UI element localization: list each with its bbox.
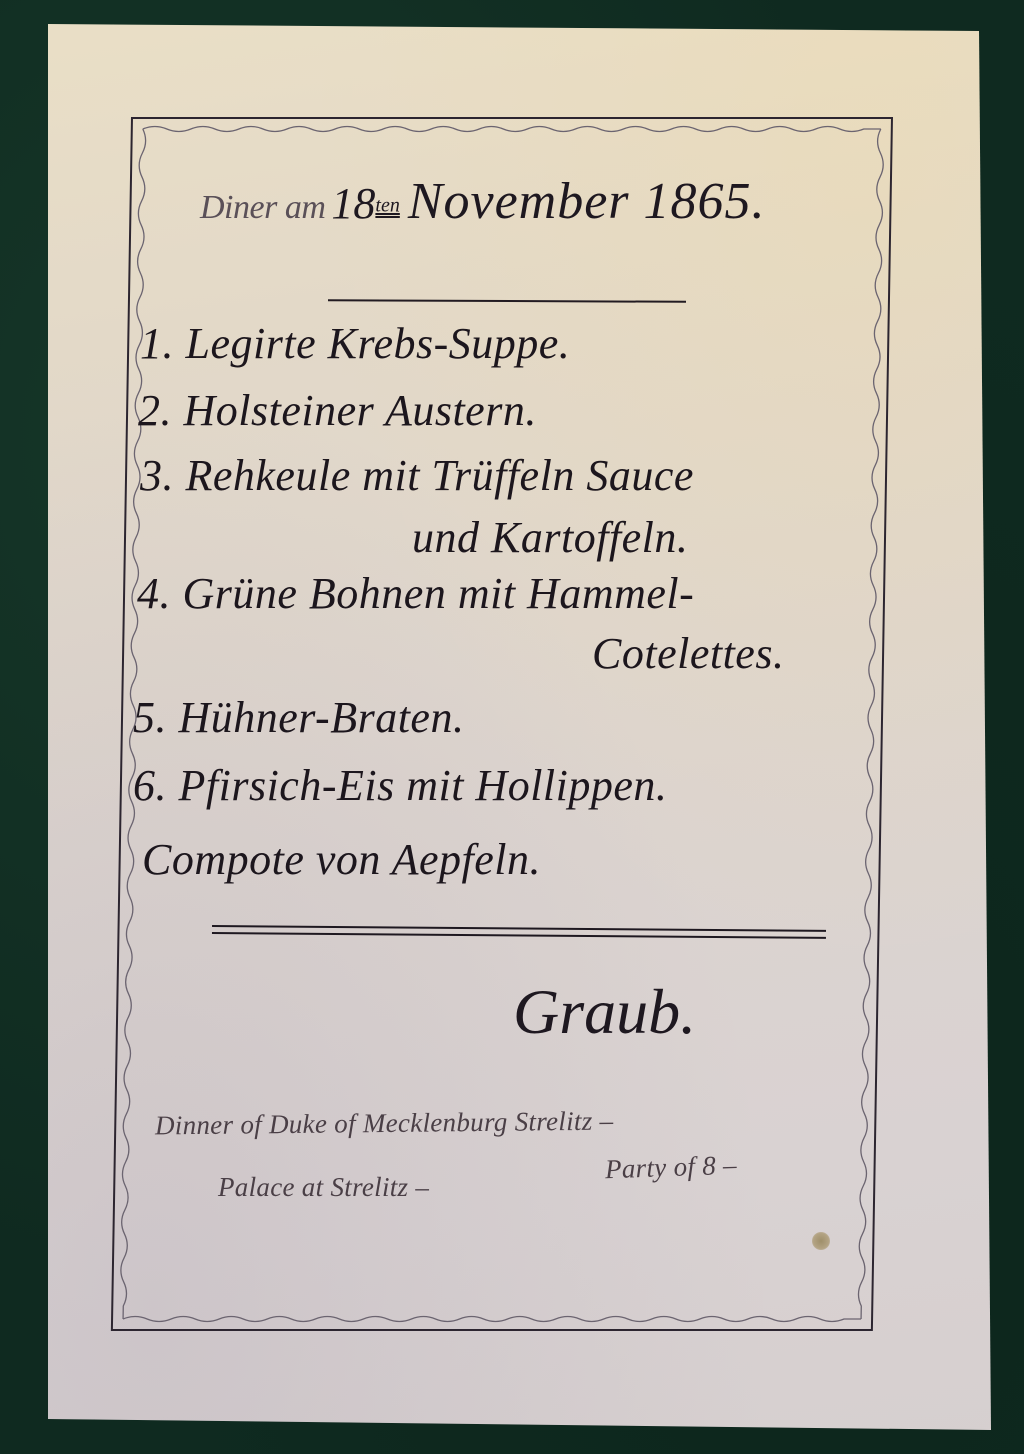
menu-item-text: Pfirsich-Eis mit Hollippen. bbox=[179, 761, 668, 810]
menu-item-number: 6. bbox=[133, 761, 167, 810]
menu-item-continuation-text: und Kartoffeln. bbox=[412, 513, 688, 562]
menu-item-text: Rehkeule mit Trüffeln Sauce bbox=[186, 451, 694, 500]
annotation-line-2: Palace at Strelitz – bbox=[218, 1172, 429, 1203]
menu-item-3-continuation: und Kartoffeln. bbox=[412, 512, 688, 563]
menu-item-number: 1. bbox=[140, 319, 174, 368]
annotation-line-3: Party of 8 – bbox=[604, 1150, 737, 1186]
heading-prefix: Diner am bbox=[200, 189, 325, 226]
menu-item-4: 4. Grüne Bohnen mit Hammel- bbox=[137, 568, 694, 619]
chef-signature: Graub. bbox=[513, 975, 696, 1049]
menu-item-number: 5. bbox=[133, 693, 167, 742]
menu-item-3: 3. Rehkeule mit Trüffeln Sauce bbox=[140, 450, 694, 501]
foxing-spot bbox=[812, 1232, 830, 1250]
menu-card-content: Diner am18tenNovember 1865. 1. Legirte K… bbox=[0, 0, 1024, 1454]
menu-item-text: Compote von Aepfeln. bbox=[142, 835, 541, 884]
heading-day-suffix: ten bbox=[375, 195, 399, 217]
menu-item-number: 2. bbox=[138, 386, 172, 435]
heading-month-year: November 1865. bbox=[408, 173, 766, 230]
menu-item-6: 6. Pfirsich-Eis mit Hollippen. bbox=[133, 760, 667, 811]
menu-item-number: 3. bbox=[140, 451, 174, 500]
heading-divider-rule bbox=[328, 299, 686, 303]
menu-item-1: 1. Legirte Krebs-Suppe. bbox=[140, 318, 570, 369]
menu-item-number: 4. bbox=[137, 569, 171, 618]
menu-item-4-continuation: Cotelettes. bbox=[592, 628, 784, 679]
menu-item-text: Grüne Bohnen mit Hammel- bbox=[183, 569, 695, 618]
menu-item-7: Compote von Aepfeln. bbox=[142, 834, 541, 885]
menu-item-2: 2. Holsteiner Austern. bbox=[138, 385, 537, 436]
menu-item-continuation-text: Cotelettes. bbox=[592, 629, 784, 678]
menu-heading: Diner am18tenNovember 1865. bbox=[200, 172, 880, 231]
heading-day: 18 bbox=[331, 179, 375, 228]
menu-item-text: Legirte Krebs-Suppe. bbox=[186, 319, 571, 368]
menu-item-5: 5. Hühner-Braten. bbox=[133, 692, 464, 743]
menu-item-text: Holsteiner Austern. bbox=[184, 386, 537, 435]
closing-double-rule bbox=[212, 925, 826, 939]
annotation-line-1: Dinner of Duke of Mecklenburg Strelitz – bbox=[155, 1106, 614, 1142]
menu-item-text: Hühner-Braten. bbox=[179, 693, 465, 742]
